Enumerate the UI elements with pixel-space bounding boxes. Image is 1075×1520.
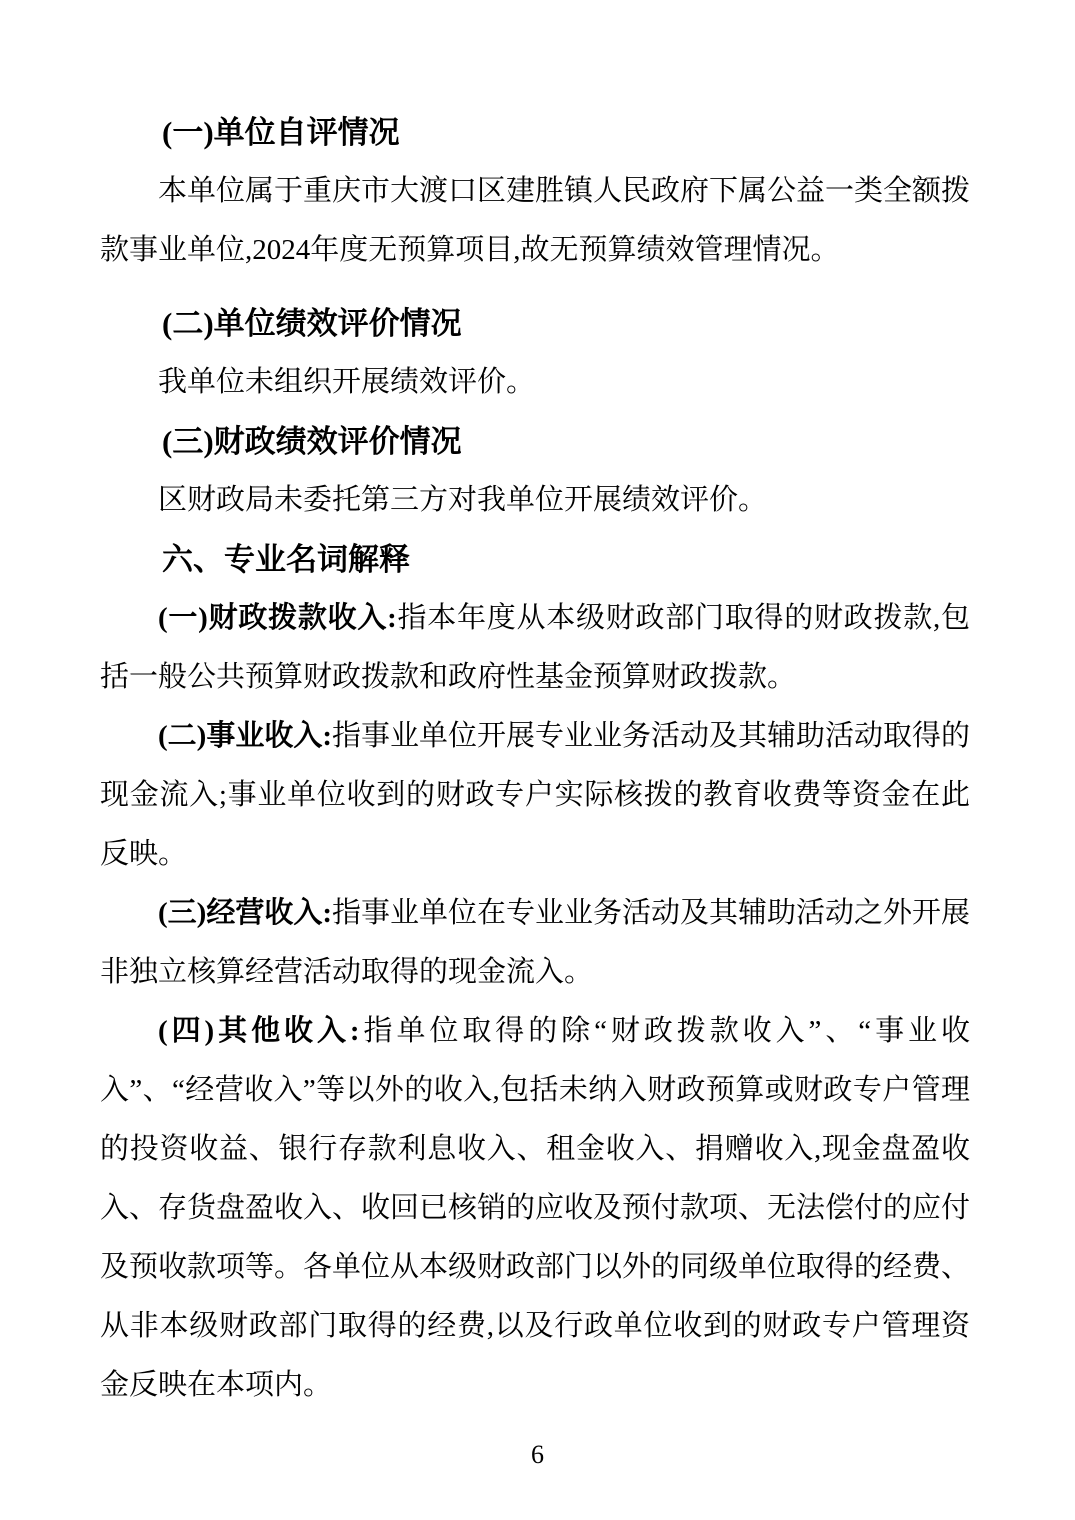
term-lead-business-income: (二)事业收入: bbox=[158, 720, 332, 752]
term-lead-fiscal-appropriation-income: (一)财政拨款收入: bbox=[158, 602, 397, 634]
glossary-term-operating-income: (三)经营收入:指事业单位在专业业务活动及其辅助活动之外开展非独立核算经营活动取… bbox=[100, 884, 970, 1002]
term-body-other-income: 指单位取得的除“财政拨款收入”、“事业收入”、“经营收入”等以外的收入,包括未纳… bbox=[100, 1015, 970, 1401]
section-heading-glossary: 六、专业名词解释 bbox=[100, 530, 970, 589]
section-heading-fiscal-performance-evaluation: (三)财政绩效评价情况 bbox=[100, 412, 970, 471]
section-heading-unit-self-evaluation: (一)单位自评情况 bbox=[100, 103, 970, 162]
term-lead-operating-income: (三)经营收入: bbox=[158, 897, 332, 929]
glossary-term-fiscal-appropriation-income: (一)财政拨款收入:指本年度从本级财政部门取得的财政拨款,包括一般公共预算财政拨… bbox=[100, 589, 970, 707]
glossary-term-other-income: (四)其他收入:指单位取得的除“财政拨款收入”、“事业收入”、“经营收入”等以外… bbox=[100, 1002, 970, 1415]
term-lead-other-income: (四)其他收入: bbox=[158, 1015, 360, 1047]
document-page: (一)单位自评情况 本单位属于重庆市大渡口区建胜镇人民政府下属公益一类全额拨款事… bbox=[0, 0, 1075, 1520]
glossary-term-business-income: (二)事业收入:指事业单位开展专业业务活动及其辅助活动取得的现金流入;事业单位收… bbox=[100, 707, 970, 884]
section-heading-unit-performance-evaluation: (二)单位绩效评价情况 bbox=[100, 294, 970, 353]
paragraph-unit-performance-evaluation: 我单位未组织开展绩效评价。 bbox=[100, 353, 970, 412]
paragraph-unit-self-evaluation: 本单位属于重庆市大渡口区建胜镇人民政府下属公益一类全额拨款事业单位,2024年度… bbox=[100, 162, 970, 280]
page-number: 6 bbox=[0, 1440, 1075, 1470]
paragraph-fiscal-performance-evaluation: 区财政局未委托第三方对我单位开展绩效评价。 bbox=[100, 471, 970, 530]
